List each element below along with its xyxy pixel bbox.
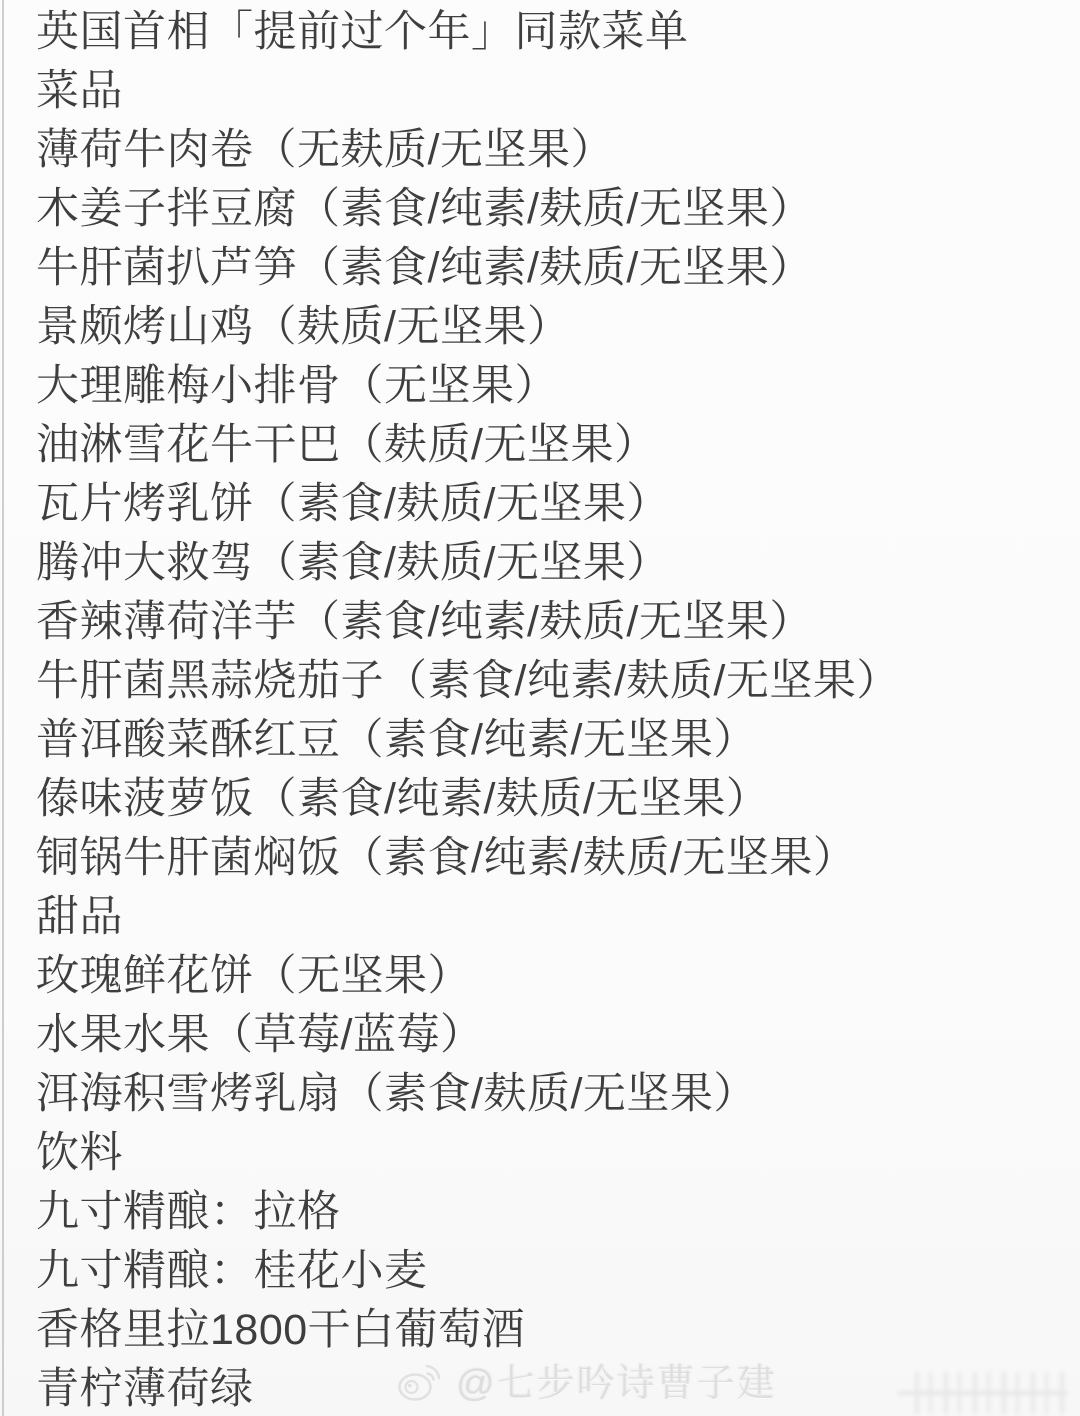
menu-item: 瓦片烤乳饼（素食/麸质/无坚果） [36,475,1070,534]
menu-item: 大理雕梅小排骨（无坚果） [36,357,1070,416]
menu-item: 铜锅牛肝菌焖饭（素食/纯素/麸质/无坚果） [36,829,1070,888]
menu-item: 木姜子拌豆腐（素食/纯素/麸质/无坚果） [36,180,1070,239]
menu-page: 英国首相「提前过个年」同款菜单菜品薄荷牛肉卷（无麸质/无坚果）木姜子拌豆腐（素食… [0,0,1080,1416]
section-heading: 甜品 [36,888,1070,947]
menu-item: 油淋雪花牛干巴（麸质/无坚果） [36,416,1070,475]
corner-watermark-remnant [903,1372,1068,1414]
section-heading: 菜品 [36,62,1070,121]
menu-item: 香辣薄荷洋芋（素食/纯素/麸质/无坚果） [36,593,1070,652]
menu-item: 九寸精酿：桂花小麦 [36,1242,1070,1301]
menu-text-block: 英国首相「提前过个年」同款菜单菜品薄荷牛肉卷（无麸质/无坚果）木姜子拌豆腐（素食… [36,3,1070,1416]
weibo-icon [396,1357,446,1403]
menu-item: 牛肝菌扒芦笋（素食/纯素/麸质/无坚果） [36,239,1070,298]
menu-item: 玫瑰鲜花饼（无坚果） [36,947,1070,1006]
section-heading: 饮料 [36,1124,1070,1183]
menu-item: 九寸精酿：拉格 [36,1183,1070,1242]
menu-item: 洱海积雪烤乳扇（素食/麸质/无坚果） [36,1065,1070,1124]
menu-item: 普洱酸菜酥红豆（素食/纯素/无坚果） [36,711,1070,770]
left-edge-line [2,0,4,1416]
menu-item: 景颇烤山鸡（麸质/无坚果） [36,298,1070,357]
menu-item: 傣味菠萝饭（素食/纯素/麸质/无坚果） [36,770,1070,829]
menu-item: 水果水果（草莓/蓝莓） [36,1006,1070,1065]
weibo-watermark: @七步吟诗曹子建 [396,1352,777,1407]
menu-item: 薄荷牛肉卷（无麸质/无坚果） [36,121,1070,180]
menu-item: 牛肝菌黑蒜烧茄子（素食/纯素/麸质/无坚果） [36,652,1070,711]
watermark-handle: @七步吟诗曹子建 [456,1352,777,1407]
menu-item: 腾冲大救驾（素食/麸质/无坚果） [36,534,1070,593]
menu-title: 英国首相「提前过个年」同款菜单 [36,3,1070,62]
